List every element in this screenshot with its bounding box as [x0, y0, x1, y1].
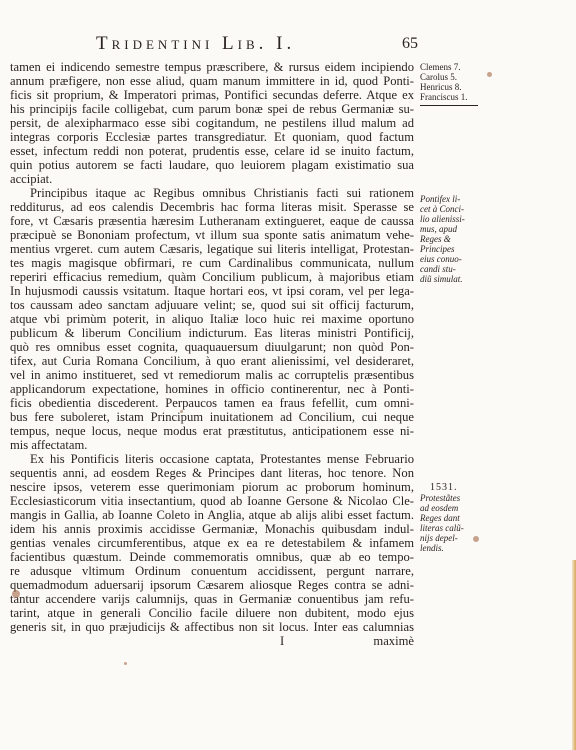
margin-line: Principes: [420, 244, 480, 254]
text-line: mangis in Gallia, ab Ioanne Coleto in An…: [10, 508, 414, 522]
margin-line: Pontifex li-: [420, 194, 480, 204]
text-line: præcipuè se Bononiam profectum, vt illum…: [10, 228, 414, 242]
text-line: nescire ipsos, veterem esse querimoniam …: [10, 480, 414, 494]
margin-line: lendis.: [420, 543, 480, 553]
text-line: Ecclesiasticorum vitia insectantium, quo…: [10, 494, 414, 508]
foxing-spot: [180, 410, 183, 413]
text-line: sequentis anni, ad eosdem Reges & Princi…: [10, 466, 414, 480]
text-line: his principijs facile colligebat, cum pa…: [10, 102, 414, 116]
running-title: Tridentini Lib. I.: [96, 33, 295, 55]
text-line: facientibus quæstum. Deinde commemoratis…: [10, 550, 414, 564]
text-line: gentias venales circumferentibus, atque …: [10, 536, 414, 550]
margin-line: Clemens 7.: [420, 62, 480, 72]
text-line: ficis obedientia discederent. Perpaucos …: [10, 396, 414, 410]
text-line: fore, vt Cæsaris præsentia hæresim Luthe…: [10, 214, 414, 228]
text-line: publicum & liberum Concilium indicturum.…: [10, 326, 414, 340]
text-line: persit, de alexipharmaco esse sibi cogit…: [10, 116, 414, 130]
text-line: tempus, neque locus, neque modus erat pr…: [10, 424, 414, 438]
page-header: Tridentini Lib. I. 65: [0, 33, 430, 55]
text-line: quò res omnibus esset cognita, quaquauer…: [10, 340, 414, 354]
margin-line: candi stu-: [420, 264, 480, 274]
text-line: accipiat.: [10, 172, 414, 186]
text-line: quin potius autorem se facti laudare, qu…: [10, 158, 414, 172]
margin-line: Henricus 8.: [420, 82, 480, 92]
text-line: tantur accendere varijs calumnijs, quas …: [10, 592, 414, 606]
text-line: mentius vrgeret. cum autem Cæsaris, lega…: [10, 242, 414, 256]
margin-line: eius conuo-: [420, 254, 480, 264]
text-line: atque vbi primùm poterit, in aliquo Ital…: [10, 312, 414, 326]
text-line: tes magis magisque obfirmari, re cum Car…: [10, 256, 414, 270]
margin-year: 1531.: [420, 483, 480, 493]
margin-line: Reges &: [420, 234, 480, 244]
margin-line: Protestãtes: [420, 493, 480, 503]
margin-rule: [420, 105, 478, 106]
text-line: quemadmodum aduersarij ipsorum Cæsarem a…: [10, 578, 414, 592]
text-line: tarint, atque in generali Concilio facil…: [10, 606, 414, 620]
text-line: tifex, aut Curia Romana Concilium, à quo…: [10, 354, 414, 368]
text-line: bus fere suboleret, istam Principum inui…: [10, 410, 414, 424]
margin-line: mus, apud: [420, 224, 480, 234]
text-line: generis sit, in quo præjudicijs & affect…: [10, 620, 414, 634]
text-line: re adusque vltimum Ordinum conuentum acc…: [10, 564, 414, 578]
text-line: ficis sit proprium, & Imperatori primas,…: [10, 88, 414, 102]
foxing-spot: [487, 72, 492, 77]
page-edge: [572, 560, 576, 750]
margin-line: lio alienissi-: [420, 214, 480, 224]
text-line: idem his annis proximis accidisse German…: [10, 522, 414, 536]
paragraph-start-line: Principibus itaque ac Regibus omnibus Ch…: [10, 186, 414, 200]
text-line: reperiri efficacius remedium, quàm Conci…: [10, 270, 414, 284]
text-line: annum præfigere, non esse aliud, quam ma…: [10, 74, 414, 88]
catchword: maximè: [373, 634, 414, 648]
foxing-spot: [473, 536, 479, 542]
margin-line: Reges dant: [420, 513, 480, 523]
margin-line: Franciscus 1.: [420, 92, 480, 102]
text-line: redditurus, ad eos calendis Decembris ha…: [10, 200, 414, 214]
foxing-spot: [124, 662, 127, 665]
text-line: tos caussam adeo sanctam adjuuare velint…: [10, 298, 414, 312]
margin-line: literas calũ-: [420, 523, 480, 533]
text-line: vel in animo institueret, sed vt remedio…: [10, 368, 414, 382]
margin-note-pontifex: Pontifex li- cet à Conci- lio alienissi-…: [420, 194, 480, 284]
footer-line: I maximè: [10, 634, 414, 648]
margin-line: cet à Conci-: [420, 204, 480, 214]
signature-mark: I: [280, 634, 284, 648]
margin-note-protestantes: 1531. Protestãtes ad eosdem Reges dant l…: [420, 483, 480, 553]
text-line: applicandorum expectatione, homines in o…: [10, 382, 414, 396]
margin-line: Carolus 5.: [420, 72, 480, 82]
foxing-spot: [12, 590, 20, 598]
margin-line: ad eosdem: [420, 503, 480, 513]
margin-line: nijs depel-: [420, 533, 480, 543]
body-text: tamen ei indicendo semestre tempus præsc…: [10, 60, 414, 648]
text-line: integras corporis Ecclesiæ partes transg…: [10, 130, 414, 144]
text-line: esset, infectum reddi non poterat, prude…: [10, 144, 414, 158]
margin-note-rulers: Clemens 7. Carolus 5. Henricus 8. Franci…: [420, 62, 480, 106]
text-line: In hujusmodi caussis vsitatum. Itaque ho…: [10, 284, 414, 298]
margin-line: diũ simulat.: [420, 274, 480, 284]
text-line: tamen ei indicendo semestre tempus præsc…: [10, 60, 414, 74]
paragraph-start-line: Ex his Pontificis literis occasione capt…: [10, 452, 414, 466]
page-number: 65: [402, 35, 418, 53]
text-line: mis affectatam.: [10, 438, 414, 452]
